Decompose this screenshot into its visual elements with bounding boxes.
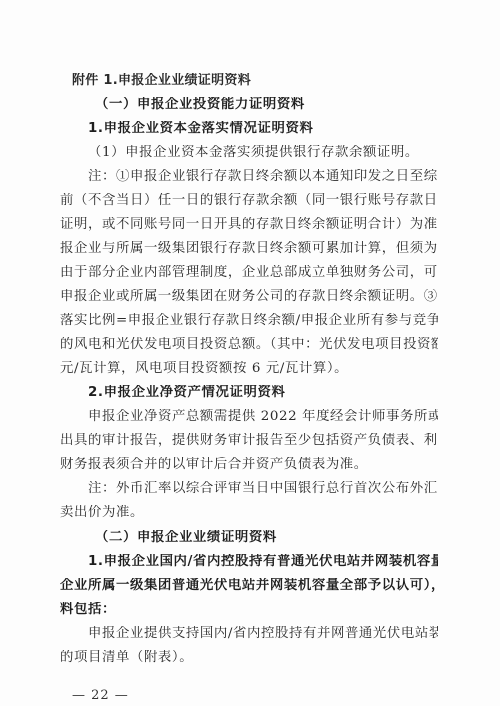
section-heading-performance: （二）申报企业业绩证明资料 bbox=[95, 530, 445, 546]
paragraph-line: 卖出价为准。 bbox=[60, 505, 438, 521]
subheading-pv-capacity: 1.申报企业国内/省内控股持有普通光伏电站并网装机容量（申报 bbox=[88, 554, 438, 570]
paragraph-line: 的风电和光伏发电项目投资总额。（其中：光伏发电项目投资额按 3.5 bbox=[60, 337, 438, 353]
paragraph-line: 注：外币汇率以综合评审当日中国银行总行首次公布外汇牌价中 bbox=[88, 481, 438, 497]
paragraph-line: 申报企业提供支持国内/省内控股持有并网普通光伏电站装机业绩 bbox=[88, 626, 438, 642]
subheading-pv-capacity-cont: 企业所属一级集团普通光伏电站并网装机容量全部予以认可），证明材 bbox=[60, 578, 438, 594]
paragraph-line: 注：①申报企业银行存款日终余额以本通知印发之日至综合评审 bbox=[88, 169, 438, 185]
paragraph-line: 前（不含当日）任一日的银行存款余额（同一银行账号存款日终余额 bbox=[60, 193, 438, 209]
paragraph-line: 报企业与所属一级集团银行存款日终余额可累加计算，但须为同一日。 bbox=[60, 241, 438, 257]
paragraph-line: 出具的审计报告，提供财务审计报告至少包括资产负债表、利润表， bbox=[60, 433, 438, 449]
paragraph-line: 财务报表须合并的以审计后合并资产负债表为准。 bbox=[60, 457, 438, 473]
subheading-capital-proof: 1.申报企业资本金落实情况证明资料 bbox=[88, 121, 438, 137]
paragraph-line: 证明，或不同账号同一日开具的存款日终余额证明合计）为准。②申 bbox=[60, 217, 438, 233]
paragraph-line: 申报企业或所属一级集团在财务公司的存款日终余额证明。③资本金 bbox=[60, 289, 438, 305]
document-page: 附件 1.申报企业业绩证明资料 （一）申报企业投资能力证明资料 1.申报企业资本… bbox=[0, 0, 500, 706]
paragraph-line: 申报企业净资产总额需提供 2022 年度经会计师事务所或审计机构 bbox=[88, 409, 438, 425]
attachment-title: 附件 1.申报企业业绩证明资料 bbox=[72, 73, 450, 89]
paragraph-line: 的项目清单（附表）。 bbox=[60, 650, 438, 666]
paragraph-line: 落实比例=申报企业银行存款日终余额/申报企业所有参与竞争性配置 bbox=[60, 313, 438, 329]
subheading-net-assets-proof: 2.申报企业净资产情况证明资料 bbox=[88, 385, 438, 401]
page-number: — 22 — bbox=[72, 688, 129, 703]
subheading-pv-capacity-cont: 料包括： bbox=[60, 602, 438, 618]
paragraph-line: 元/瓦计算，风电项目投资额按 6 元/瓦计算）。 bbox=[60, 361, 438, 377]
section-heading-investment-capacity: （一）申报企业投资能力证明资料 bbox=[95, 97, 445, 113]
paragraph-line: 由于部分企业内部管理制度，企业总部成立单独财务公司，可以提供 bbox=[60, 265, 438, 281]
paragraph-line: （1）申报企业资本金落实须提供银行存款余额证明。 bbox=[88, 145, 438, 161]
